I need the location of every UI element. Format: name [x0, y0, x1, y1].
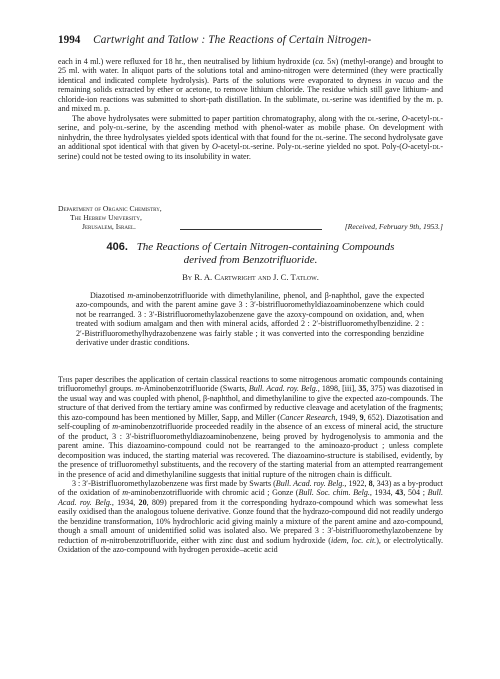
article-body: This paper describes the application of …: [58, 375, 443, 555]
paragraph: This paper describes the application of …: [58, 375, 443, 479]
text-run: Bull. Soc. chim. Belg.: [298, 488, 369, 497]
title-line-1: The Reactions of Certain Nitrogen-contai…: [137, 241, 395, 253]
text-run: , 1898, [iii],: [318, 384, 359, 393]
text-run: -acetyl-: [408, 114, 433, 123]
abstract-text: Diazotised m-aminobenzotrifluoride with …: [76, 291, 424, 348]
text-run: -serine,: [376, 114, 402, 123]
text-run: Cancer Research: [280, 413, 335, 422]
text-run: each in 4 ml.) were refluxed for 18 hr.,…: [58, 57, 315, 66]
text-run: -nitrobenzotrifluoride, either with zinc…: [107, 536, 331, 545]
text-run: , 1922,: [344, 479, 368, 488]
page-number: 1994: [58, 34, 80, 46]
address-line: The Hebrew University,: [58, 213, 162, 222]
previous-article-experimental-end: each in 4 ml.) were refluxed for 18 hr.,…: [58, 57, 443, 161]
article-number: 406.: [107, 241, 128, 253]
running-header: 1994 Cartwright and Tatlow : The Reactio…: [58, 34, 443, 46]
text-run: dl: [322, 95, 330, 104]
title-line-2: derived from Benzotrifluoride.: [58, 254, 443, 267]
text-run: -aminobenzotrifluoride with chromic acid…: [128, 488, 298, 497]
text-run: 20: [139, 498, 147, 507]
text-run: -acetyl-: [218, 142, 243, 151]
text-run: Bull. Acad. roy. Belg.: [276, 479, 345, 488]
text-run: , 504 ;: [403, 488, 427, 497]
text-run: The above hydrolysates were submitted to…: [72, 114, 368, 123]
paragraph: each in 4 ml.) were refluxed for 18 hr.,…: [58, 57, 443, 114]
text-run: -serine. Poly-: [250, 142, 294, 151]
text-run: , 1934,: [112, 498, 139, 507]
text-run: -Aminobenzotrifluoride (Swarts,: [141, 384, 249, 393]
paragraph: 3 : 3′-Bistrifluoromethylazobenzene was …: [58, 479, 443, 555]
text-run: ca.: [315, 57, 325, 66]
received-date: [Received, February 9th, 1953.]: [345, 222, 443, 231]
article-divider: [180, 229, 322, 230]
running-title: Cartwright and Tatlow : The Reactions of…: [93, 34, 371, 46]
article-title: 406. The Reactions of Certain Nitrogen-c…: [58, 241, 443, 267]
text-run: Diazotised: [90, 291, 127, 300]
text-run: Bull. Acad. roy. Belg.: [249, 384, 318, 393]
text-run: in vacuo: [385, 76, 414, 85]
text-run: 3 : 3′-Bistrifluoromethylazobenzene was …: [72, 479, 276, 488]
text-run: , 1934,: [370, 488, 395, 497]
text-run: This: [58, 375, 73, 384]
address-line: Department of Organic Chemistry,: [58, 204, 162, 213]
text-run: dl: [116, 123, 124, 132]
text-run: , 1949,: [335, 413, 359, 422]
abstract: Diazotised m-aminobenzotrifluoride with …: [76, 291, 424, 348]
text-run: -acetyl-: [408, 142, 433, 151]
paragraph: The above hydrolysates were submitted to…: [58, 114, 443, 161]
text-run: dl: [368, 114, 376, 123]
author-address: Department of Organic Chemistry, The Heb…: [58, 204, 162, 232]
text-run: -serine yielded no spot. Poly-(: [302, 142, 402, 151]
text-run: idem, loc. cit.: [331, 536, 376, 545]
address-line: Jerusalem, Israel.: [58, 222, 162, 231]
byline: By R. A. Cartwright and J. C. Tatlow.: [58, 272, 443, 282]
